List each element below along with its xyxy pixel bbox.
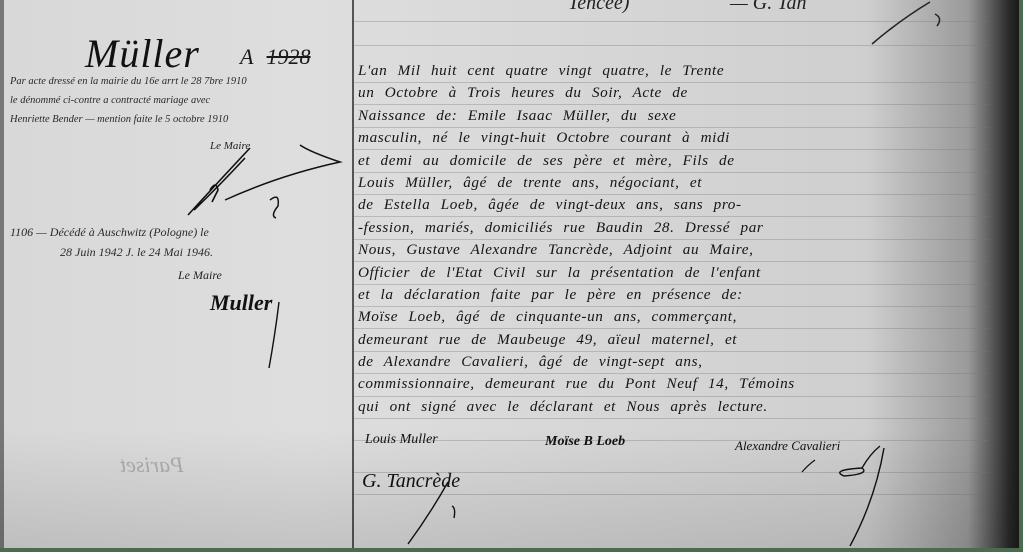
death-note-signature-label: Le Maire	[178, 268, 222, 283]
birth-act-text: L'an Mil huit cent quatre vingt quatre, …	[358, 60, 998, 418]
signature-stroke	[265, 300, 285, 370]
previous-act-fragment-left: Tencée)	[568, 0, 629, 15]
act-line: un Octobre à Trois heures du Soir, Acte …	[358, 82, 998, 104]
record-number: 1928	[267, 44, 311, 69]
margin-surname: Müller	[85, 30, 200, 77]
marriage-note-line: Henriette Bender — mention faite le 5 oc…	[10, 110, 348, 129]
act-line: L'an Mil huit cent quatre vingt quatre, …	[358, 60, 998, 82]
act-line: masculin, né le vingt-huit Octobre coura…	[358, 127, 998, 149]
marriage-note-line: le dénommé ci-contre a contracté mariage…	[10, 91, 348, 110]
register-page: Tencée) — G. Tan Müller A 1928 Par acte …	[0, 0, 1019, 548]
margin-surname-suffix: A	[240, 44, 253, 69]
act-line: qui ont signé avec le déclarant et Nous …	[358, 396, 998, 418]
officer-signature-stroke	[400, 478, 460, 548]
death-note-line: 1106 — Décédé à Auschwitz (Pologne) le	[10, 222, 348, 242]
faded-bleedthrough-stamp: Pariset	[120, 452, 184, 478]
death-note: 1106 — Décédé à Auschwitz (Pologne) le 2…	[10, 222, 348, 262]
mayor-signature-1946: Muller	[210, 290, 272, 316]
page-left-edge	[0, 0, 4, 548]
act-line: commissionnaire, demeurant rue du Pont N…	[358, 373, 998, 395]
death-note-line: 28 Juin 1942 J. le 24 Mai 1946.	[10, 242, 348, 262]
act-line: de Estella Loeb, âgée de vingt-deux ans,…	[358, 194, 998, 216]
previous-signature-flourish	[860, 0, 950, 50]
act-line: demeurant rue de Maubeuge 49, aïeul mate…	[358, 329, 998, 351]
previous-act-fragment-right: — G. Tan	[730, 0, 807, 15]
margin-record-number: A 1928	[240, 44, 311, 70]
act-line: -fession, mariés, domiciliés rue Baudin …	[358, 217, 998, 239]
witness-signature-loeb: Moïse B Loeb	[545, 434, 625, 450]
margin-rule	[352, 0, 354, 548]
father-signature: Louis Muller	[365, 432, 438, 448]
act-line: et demi au domicile de ses père et mère,…	[358, 150, 998, 172]
cavalieri-signature-flourish	[800, 440, 910, 548]
act-line: Louis Müller, âgé de trente ans, négocia…	[358, 172, 998, 194]
marriage-note: Par acte dressé en la mairie du 16e arrt…	[10, 72, 348, 129]
act-line: Moïse Loeb, âgé de cinquante-un ans, com…	[358, 306, 998, 328]
marriage-note-line: Par acte dressé en la mairie du 16e arrt…	[10, 72, 348, 91]
act-line: de Alexandre Cavalieri, âgé de vingt-sep…	[358, 351, 998, 373]
act-line: Naissance de: Emile Isaac Müller, du sex…	[358, 105, 998, 127]
act-line: Officier de l'Etat Civil sur la présenta…	[358, 262, 998, 284]
act-line: et la déclaration faite par le père en p…	[358, 284, 998, 306]
mayor-signature-1910	[180, 140, 350, 220]
act-line: Nous, Gustave Alexandre Tancrède, Adjoin…	[358, 239, 998, 261]
